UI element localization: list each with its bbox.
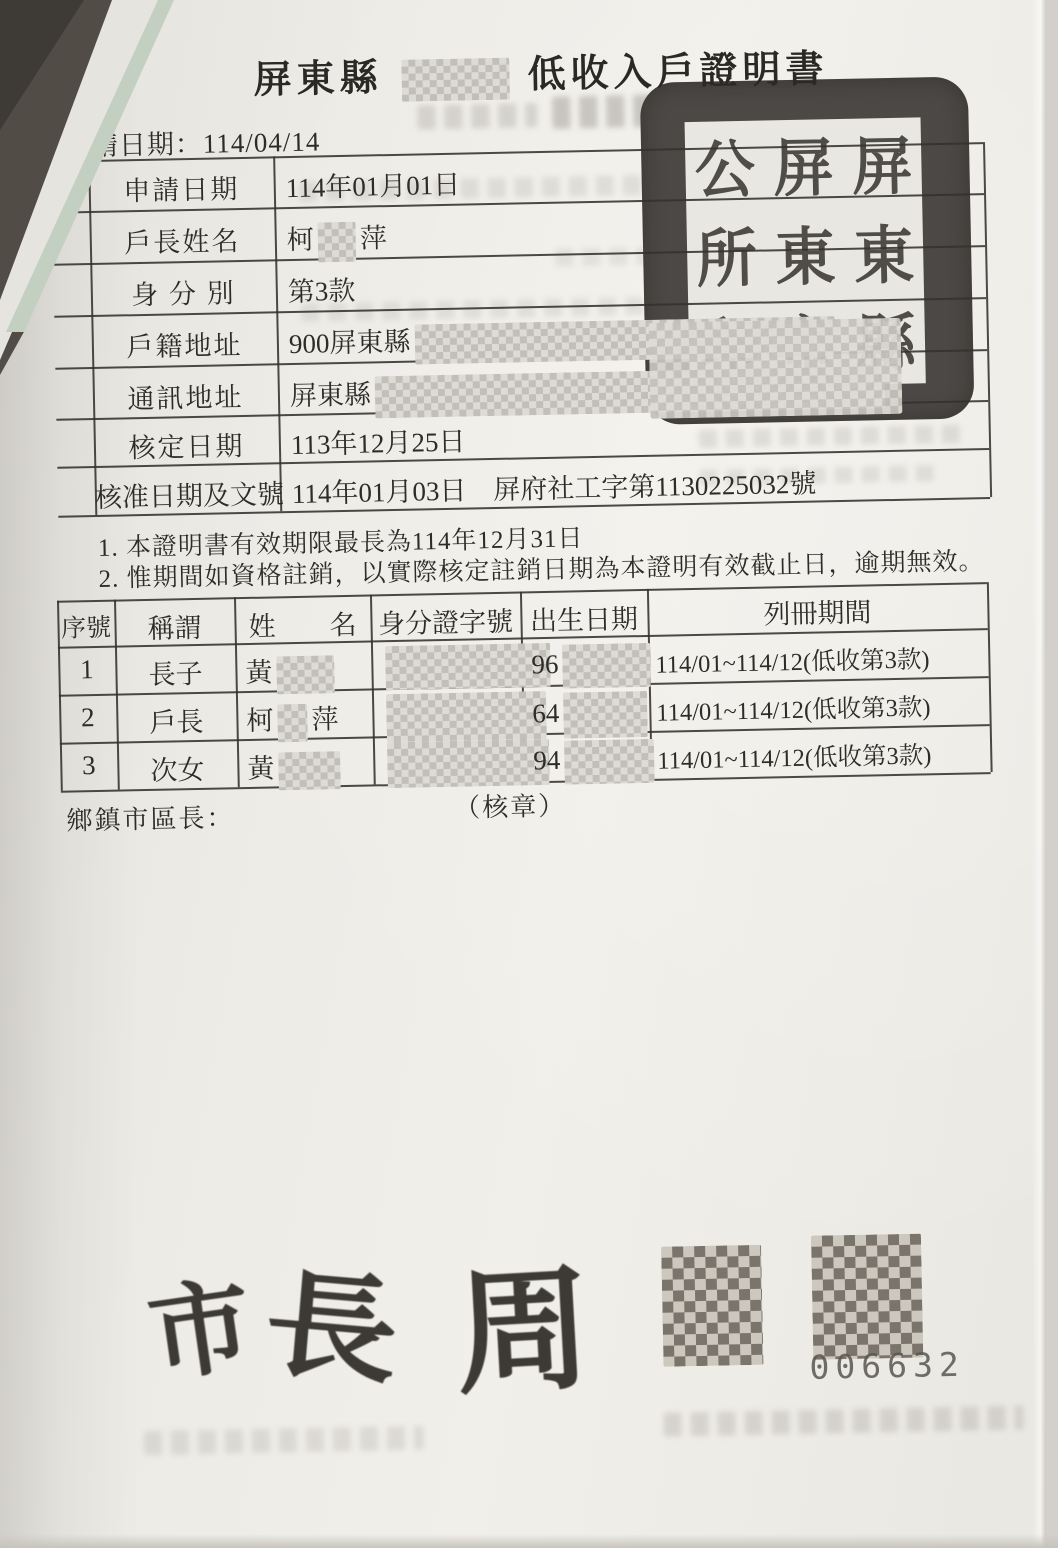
info-value: 113年12月25日: [290, 420, 465, 462]
member-name: 柯萍: [246, 697, 339, 743]
redacted-segment: [564, 739, 655, 785]
member-relation: 次女: [117, 747, 238, 788]
signature-char-mayor-1: 市: [139, 1244, 261, 1403]
signature-char-mayor-2: 長: [259, 1230, 406, 1408]
text-segment: 萍: [311, 704, 339, 735]
redacted-segment: [563, 691, 648, 739]
text-segment: 113年12月25日: [291, 427, 466, 460]
member-id: [383, 739, 554, 788]
redacted-segment: [276, 655, 335, 694]
member-header: 出生日期: [520, 597, 648, 639]
bleed-through-text: [144, 1426, 424, 1456]
paper-right-edge: [1046, 0, 1058, 1548]
seal-char: 東: [765, 205, 846, 300]
redacted-segment: [385, 643, 551, 690]
redacted-segment: [401, 58, 510, 102]
member-no: 3: [60, 750, 118, 782]
info-label: 核准日期及文號: [95, 472, 281, 515]
info-label: 申請日期: [88, 166, 274, 209]
info-value: 114年01月01日: [285, 163, 460, 205]
member-relation: 長子: [115, 651, 236, 692]
info-label: 通訊地址: [93, 374, 279, 417]
info-value: 柯萍: [286, 216, 387, 263]
info-label: 核定日期: [94, 423, 280, 466]
text-segment: 低收入戶證明書: [513, 48, 829, 96]
text-segment: 萍: [360, 223, 388, 254]
member-header: 稱謂: [114, 605, 235, 646]
member-no: 1: [58, 654, 116, 686]
document-content: 公 屏 屏 所 東 東 印 市 縣 屏東縣 低收入戶證明書 請日期：114/04…: [0, 0, 1058, 1548]
text-segment: 64: [532, 698, 560, 729]
member-relation: 戶長: [116, 699, 237, 740]
info-value: 第3款: [287, 269, 355, 309]
serial-number: 006632: [809, 1345, 965, 1387]
signature-char-name: 周: [449, 1218, 596, 1421]
info-label: 戶籍地址: [92, 322, 278, 365]
info-label: 身 分 別: [90, 270, 276, 313]
seal-char: 所: [686, 207, 767, 302]
info-label: 戶長姓名: [89, 218, 275, 261]
member-birth: 94: [533, 739, 659, 785]
redacted-segment: [317, 222, 356, 263]
text-segment: 黃: [245, 657, 273, 688]
application-date-line: 請日期：114/04/14: [90, 119, 320, 163]
paper-bottom-edge: [0, 1534, 1058, 1548]
text-segment: 屏東縣: [290, 379, 372, 411]
document-title: 屏東縣 低收入戶證明書: [253, 37, 829, 105]
member-header: 序號: [57, 608, 115, 645]
member-id: [382, 691, 551, 742]
text-segment: 96: [531, 649, 559, 680]
redacted-segment: [278, 751, 341, 790]
bleed-through-text: [699, 424, 969, 447]
text-segment: 900屏東縣: [289, 327, 411, 359]
document-paper: 公 屏 屏 所 東 東 印 市 縣 屏東縣 低收入戶證明書 請日期：114/04…: [0, 0, 1058, 1548]
redaction-patch-seal: [649, 318, 903, 419]
bleed-through-text: [663, 1406, 1023, 1437]
signature-redacted: [811, 1234, 923, 1360]
text-segment: 屏東縣: [253, 57, 397, 102]
redacted-segment: [562, 643, 651, 689]
member-id: [381, 643, 555, 690]
member-header: 列冊期間: [647, 588, 988, 634]
member-name: 黃: [245, 649, 339, 695]
member-birth: 96: [531, 643, 655, 689]
chief-label: 鄉鎮市區長：: [66, 797, 235, 837]
text-segment: 柯: [287, 225, 315, 256]
member-birth: 64: [532, 691, 652, 739]
member-no: 2: [59, 702, 117, 734]
redacted-segment: [387, 739, 550, 788]
text-segment: 114年01月01日: [285, 170, 460, 203]
photo-of-document: { "title": { "segments": [ {"text": "屏東縣…: [0, 0, 1058, 1548]
text-segment: 第3款: [288, 276, 356, 307]
paper-right-seam: [1032, 0, 1046, 1548]
text-segment: 柯: [246, 705, 274, 736]
member-period: 114/01~114/12(低收第3款): [657, 736, 932, 776]
member-period: 114/01~114/12(低收第3款): [656, 688, 931, 728]
member-period: 114/01~114/12(低收第3款): [655, 640, 930, 680]
redacted-segment: [386, 691, 547, 742]
bleed-through-text: [417, 103, 537, 129]
member-name: 黃: [247, 745, 345, 791]
text-segment: 黃: [247, 753, 275, 784]
redacted-segment: [277, 704, 308, 743]
text-segment: 94: [533, 745, 561, 776]
member-header: 身分證字號: [370, 599, 521, 641]
stamp-note: （核章）: [454, 786, 567, 825]
member-header: 姓 名: [234, 602, 371, 644]
seal-char: 東: [844, 204, 925, 299]
signature-redacted: [661, 1245, 763, 1367]
